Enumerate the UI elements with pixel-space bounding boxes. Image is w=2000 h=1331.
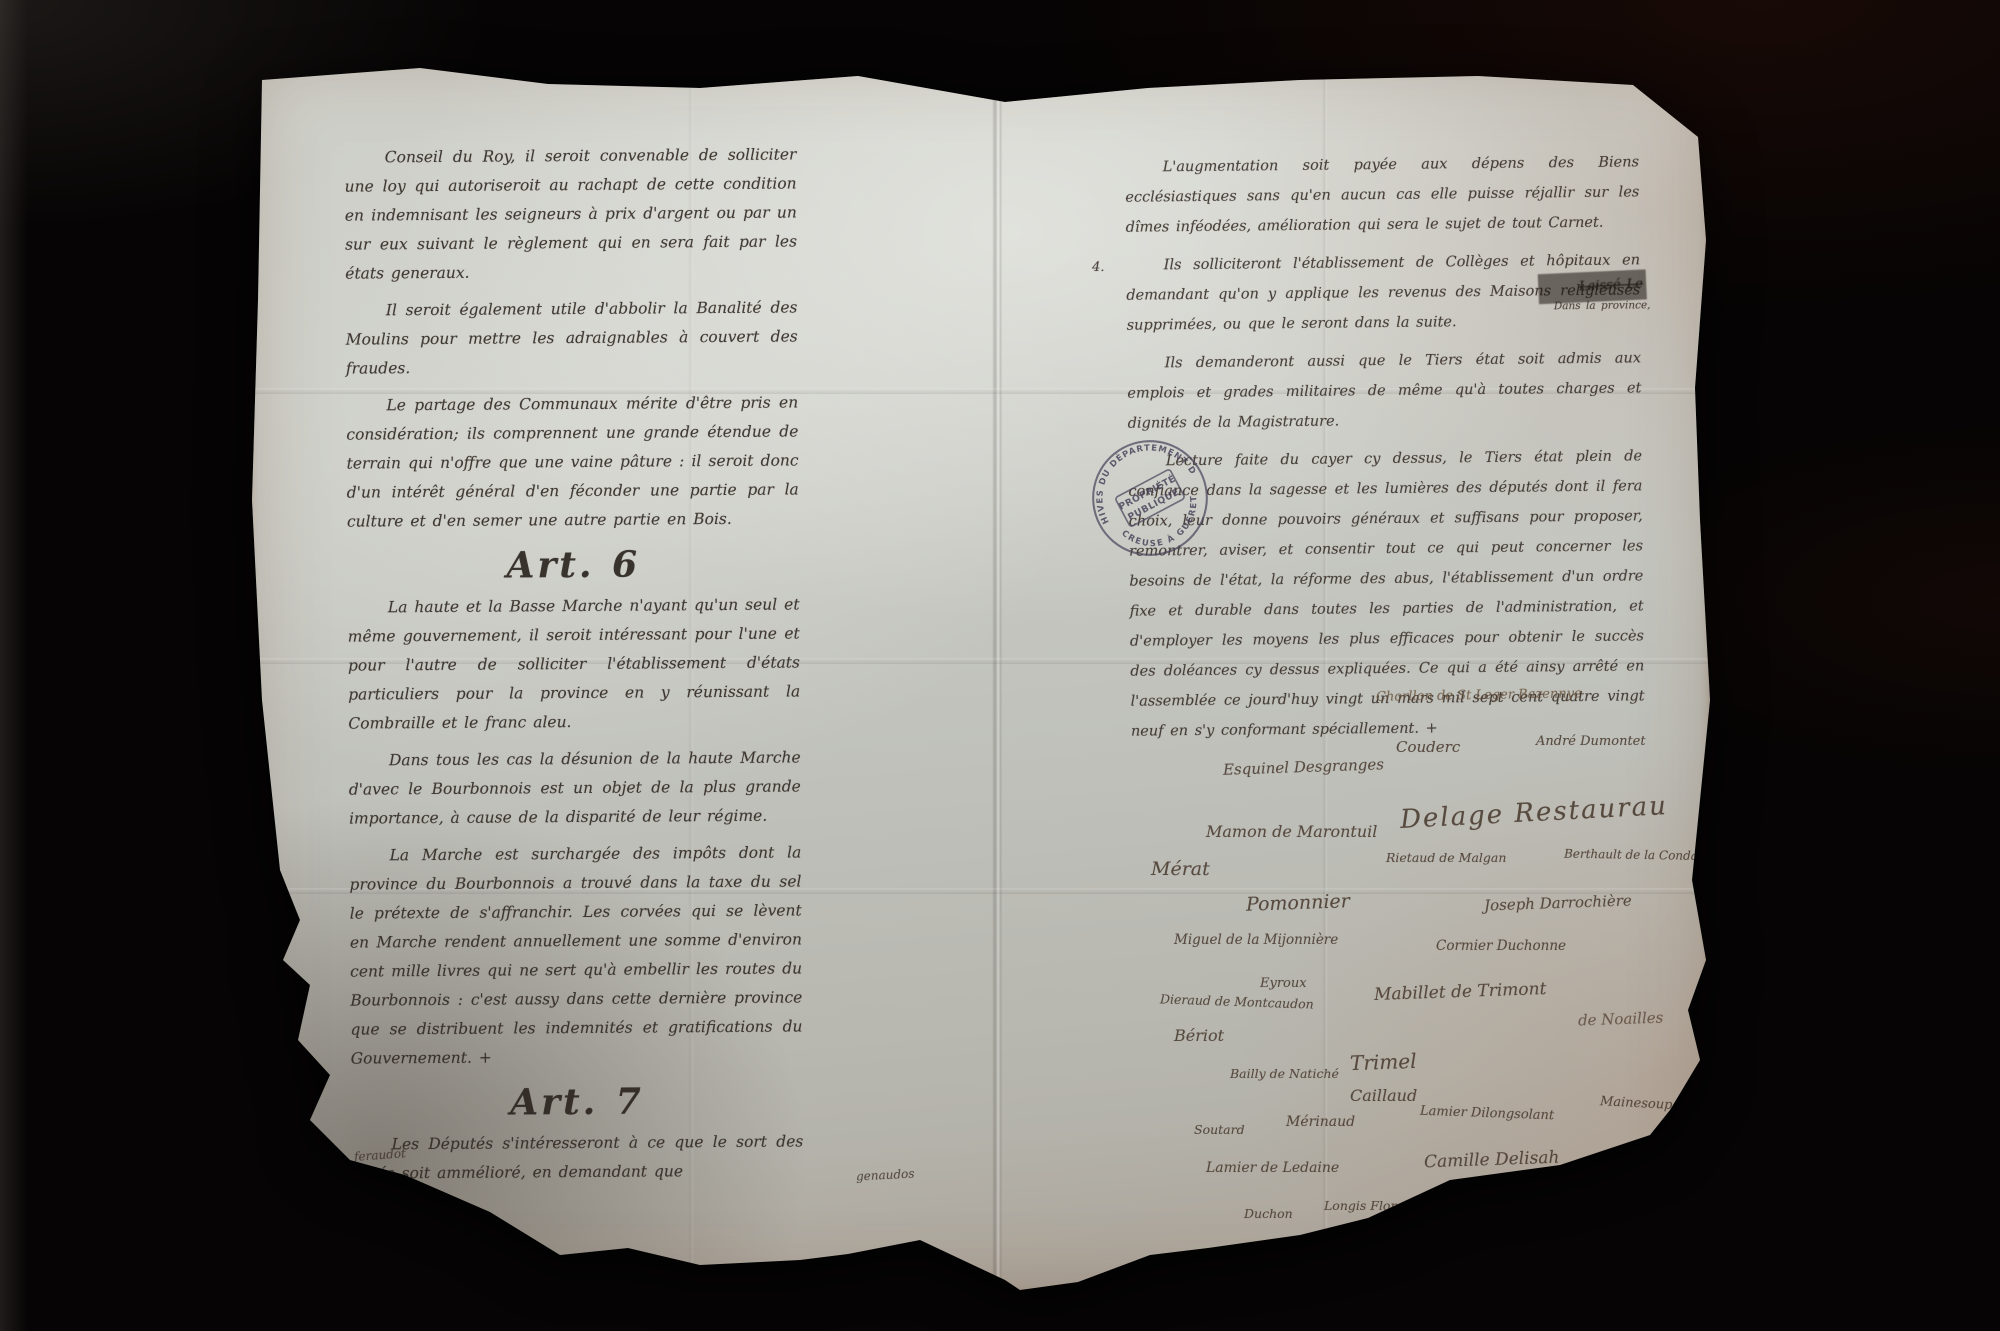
signature: de Noailles [1578,1009,1664,1030]
signature: Mamon de Marontuil [1206,822,1377,841]
manuscript-document: Conseil du Roy, il seroit convenable de … [248,58,1710,1296]
manuscript-paragraph: Dans tous les cas la désunion de la haut… [349,743,802,833]
signature: Duchon [1244,1206,1293,1221]
signature: Dieraud de Montcaudon [1160,991,1314,1011]
article-6-heading: Art. 6 [347,549,799,581]
manuscript-paragraph: Ils solliciteront l'établissement de Col… [1126,245,1641,340]
signature: Lamier de Ledaine [1206,1160,1339,1176]
signature: Trimel [1350,1049,1417,1075]
signature: Eyroux [1260,976,1307,991]
left-page-text-column: Conseil du Roy, il seroit convenable de … [344,140,803,1196]
photo-background: Conseil du Roy, il seroit convenable de … [0,0,2000,1331]
manuscript-paragraph: Il seroit également utile d'abbolir la B… [345,293,798,383]
manuscript-paragraph: Les Députés s'intéresseront à ce que le … [351,1127,803,1188]
right-page-text-column: 4. L'augmentation soit payée aux dépens … [1125,147,1645,754]
signature: Cormier Duchonne [1436,938,1566,954]
margin-article-number: 4. [1092,253,1105,283]
signature: Bériot [1174,1026,1224,1045]
signature: Rietaud de Malgan [1386,850,1506,865]
manuscript-paragraph: Conseil du Roy, il seroit convenable de … [344,140,797,288]
manuscript-paragraph: Ils demanderont aussi que le Tiers état … [1127,343,1642,438]
signature: André Dumontet [1536,734,1646,749]
signature: Joseph Darrochière [1484,891,1632,914]
manuscript-paragraph: La Marche est surchargée des impôts dont… [349,838,803,1073]
signature: Caillaud [1350,1086,1417,1105]
signature: Mabillet de Trimont [1374,979,1547,1005]
signature: Camille Delisah [1424,1148,1560,1173]
signature: Mérinaud [1286,1114,1355,1130]
signature: Brohn [1626,1141,1667,1158]
signature: Bailly de Natiché [1230,1066,1339,1081]
signature: Lonard Lepeti [1490,1198,1583,1213]
signature: Delage Restaurau [1399,791,1668,835]
signature: Couderc [1396,738,1460,756]
signature: Mainesoup [1600,1094,1673,1113]
signature: Pomonnier [1246,890,1351,916]
article-7-heading: Art. 7 [351,1086,803,1118]
manuscript-paragraph: La haute et la Basse Marche n'ayant qu'u… [347,590,800,738]
signature: Soutard [1194,1122,1245,1137]
signature: Miguel de la Mijonnière [1174,932,1338,948]
signature: Lamier Dilongsolant [1420,1104,1555,1124]
paper-sheet: Conseil du Roy, il seroit convenable de … [248,58,1710,1296]
interlinear-note: Dans la province, [1516,290,1651,321]
manuscript-paragraph: L'augmentation soit payée aux dépens des… [1125,147,1640,242]
signature: Longis Flonel [1324,1198,1410,1213]
signature: Berthault de la Condamine [1564,847,1728,864]
fold-paraph: genaudos [856,1166,915,1183]
center-fold-crease [992,58,1002,1296]
manuscript-paragraph: Le partage des Communaux mérite d'être p… [346,388,799,536]
signature: Mérat [1151,858,1210,880]
signature: Esquinel Desgranges [1223,755,1384,779]
